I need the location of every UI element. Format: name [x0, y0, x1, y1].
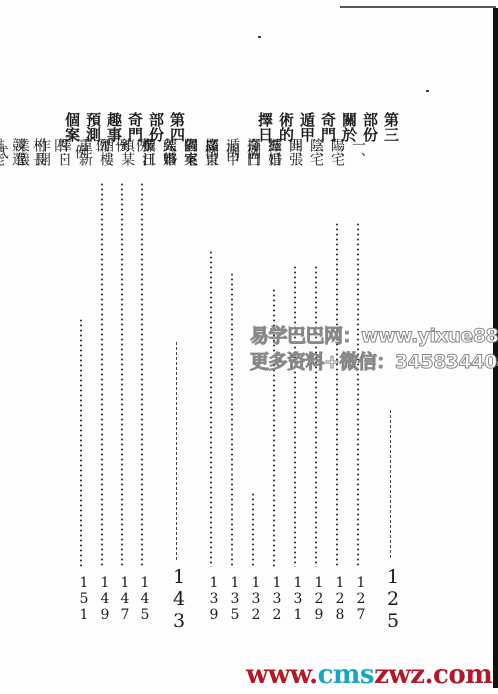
entry-label: 例一：廣東省東莞市黃江鎮某酒樓重新擇日作開業儀式 — [243, 138, 263, 166]
watermark-footer-mid: cms — [318, 660, 374, 690]
page-number: 128 — [327, 575, 347, 623]
watermark-footer: www.cmszwz.com — [246, 660, 492, 690]
page-number: 143 — [167, 566, 187, 632]
watermark-contact: 更多资料+微信：3458344044 — [250, 347, 498, 374]
page-number: 139 — [201, 575, 221, 623]
entry-label: 例二 — [112, 138, 132, 152]
part4-title: 第四部份 奇門趣事預測個案 — [167, 112, 187, 142]
entry-label: 例一 — [132, 138, 152, 152]
leader-dots — [231, 272, 233, 567]
leader-dots — [121, 182, 123, 567]
page-number: 131 — [285, 575, 305, 623]
entry-label: 例三 — [92, 138, 112, 152]
entry-label: 三、開張擇日 — [306, 138, 326, 166]
leader-dots — [252, 492, 254, 567]
leader-dots — [141, 182, 143, 567]
part3-title: 第三部份 關於奇門遁甲術的擇日 — [381, 112, 401, 142]
entry-label: 例二：陽宅入夥擇日 — [222, 138, 242, 166]
leader-dots — [357, 222, 359, 567]
page-number: 125 — [381, 566, 401, 632]
page-number: 135 — [222, 575, 242, 623]
page-number: 149 — [92, 575, 112, 623]
entry-label: 例四：村長競選誰能勝出？ — [71, 138, 91, 166]
entry-label: 二、陰宅 — [327, 138, 347, 166]
watermark-footer-prefix: www. — [246, 660, 318, 690]
page-number: 127 — [348, 575, 368, 623]
leader-dots — [210, 250, 212, 567]
page-border-top — [340, 6, 496, 8]
leader-line — [176, 342, 177, 560]
leader-dots — [101, 182, 103, 567]
leader-dots — [294, 265, 296, 567]
entry-label: 四、結婚擇日 — [285, 138, 305, 166]
watermark-site: 易学巴巴网：www.yixue88.cn — [250, 321, 498, 348]
leader-dots — [315, 265, 317, 567]
page-number: 132 — [264, 575, 284, 623]
leader-line — [390, 410, 391, 560]
entry-label: 一、陽宅 — [348, 138, 368, 166]
page-number: 147 — [112, 575, 132, 623]
leader-dots — [80, 318, 82, 567]
entry-label: 五、奇門遁甲擇吉個案 — [264, 138, 284, 166]
scan-speck — [426, 90, 429, 92]
page-number: 132 — [243, 575, 263, 623]
scan-speck — [258, 36, 261, 38]
entry-label: 例三：結婚擇日 — [201, 138, 221, 166]
page-number: 145 — [132, 575, 152, 623]
page-number: 129 — [306, 575, 326, 623]
leader-dots — [336, 222, 338, 567]
watermark-footer-suffix: zwz.com — [374, 660, 492, 690]
page-number: 151 — [71, 575, 91, 623]
